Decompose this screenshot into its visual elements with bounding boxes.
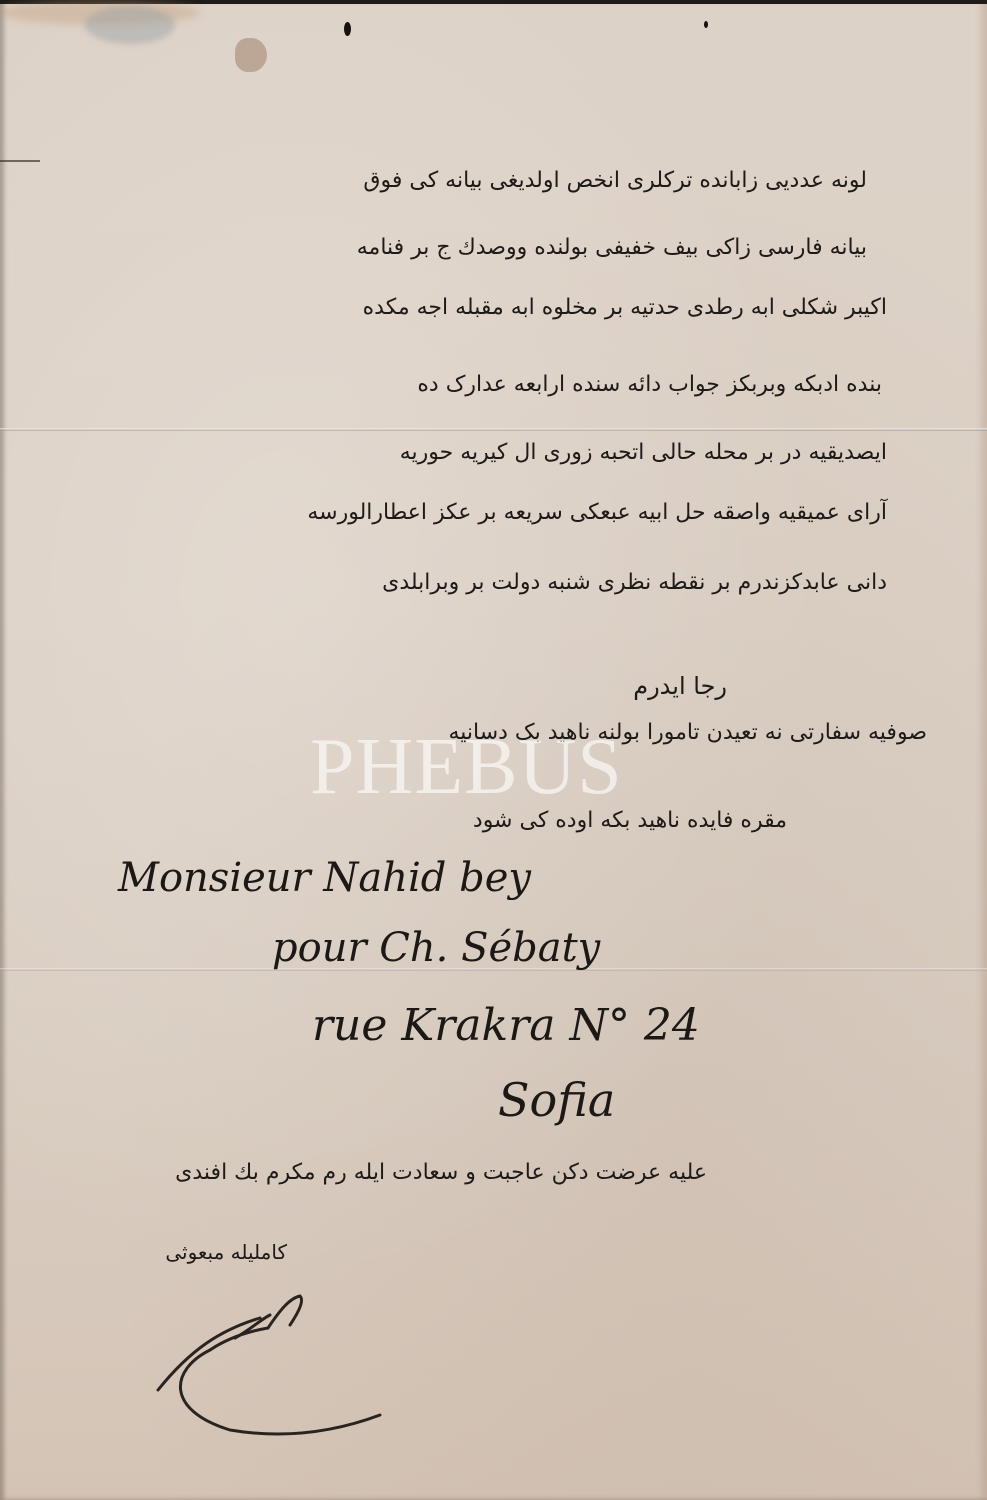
address-line-street: rue Krakra N° 24 [312,1000,700,1051]
paper-hole [704,21,708,28]
paper-stain [235,38,267,72]
footer-line: علیه عرضت دکن عاجبت و سعادت ایله رم مکرم… [175,1160,707,1185]
body-line: دانی عابدکزندرم بر نقطه نظری شنبه دولت ب… [382,570,887,595]
body-line: ایصدیقیه در بر محله حالی اتحبه زوری ال ک… [400,440,887,465]
signoff-text: کاملیله مبعوثی [165,1240,287,1264]
body-line: اکیبر شکلی ابه رطدی حدتیه بر مخلوه ابه م… [363,295,887,320]
closing-line: رجا ایدرم [633,672,727,700]
body-line: لونه عددیی زابانده ترکلری انخص اولدیغی ب… [363,168,867,193]
address-line-city: Sofia [498,1073,615,1127]
paper-hole [344,22,351,36]
watermark: PHEBUS [310,722,623,813]
signature-icon [150,1290,410,1450]
paper-stain [85,6,175,44]
edge-crease [0,160,40,162]
body-line: آرای عمیقیه واصقه حل ابیه عبعکی سریعه بر… [307,500,887,525]
address-line-recipient: Monsieur Nahid bey [118,855,531,901]
body-line: بنده ادبکه وبربکز جواب دائه سنده ارابعه … [417,372,882,397]
address-line-care-of: pour Ch. Sébaty [272,925,600,971]
letter-sheet: لونه عددیی زابانده ترکلری انخص اولدیغی ب… [0,0,987,1500]
body-line: بیانه فارسی زاکی بیف خفیفی بولنده ووصدك … [357,235,867,260]
fold-line [0,428,987,431]
